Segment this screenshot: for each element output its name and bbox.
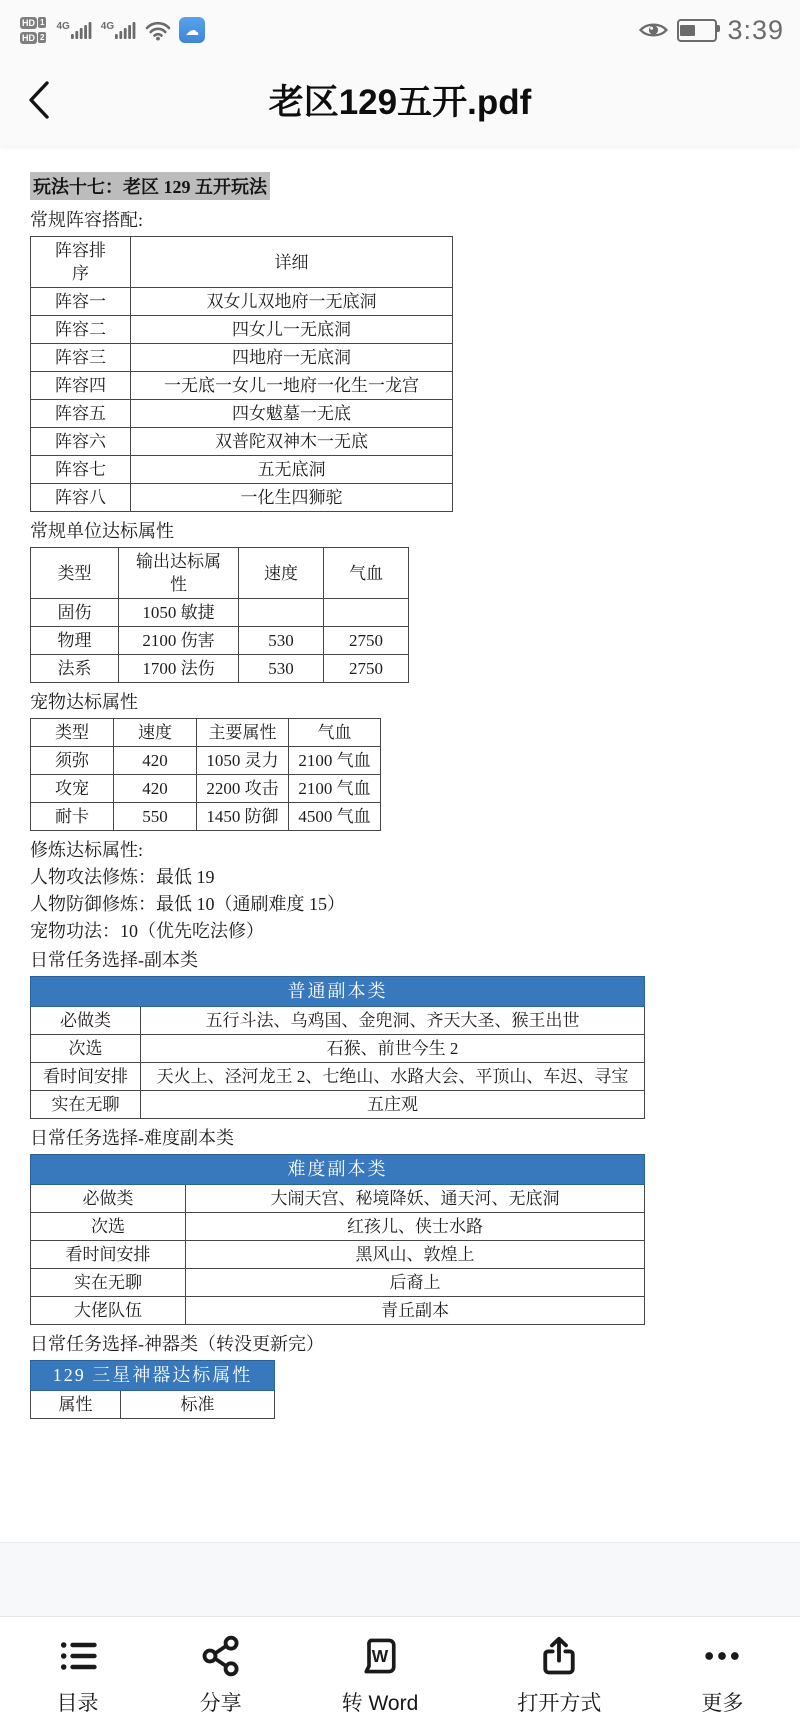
cultivation-lines: 修炼达标属性:人物攻法修炼：最低 19人物防御修炼：最低 10（通刷难度 15）…: [30, 837, 780, 945]
cultivation-line: 修炼达标属性:: [30, 837, 780, 864]
section-label-unit-stats: 常规单位达标属性: [30, 518, 780, 544]
bottom-gap-strip: [0, 1543, 800, 1616]
header-cell: 主要属性: [197, 719, 289, 747]
pet-stats-table: 类型 速度 主要属性 气血 须弥 420 1050 灵力 2100 气血: [30, 718, 381, 831]
row-value-cell: 4500 气血: [289, 803, 381, 831]
row-value-cell: 1050 敏捷: [119, 599, 239, 627]
row-label-cell: 大佬队伍: [31, 1297, 186, 1325]
row-value-cell: 天火上、泾河龙王 2、七绝山、水路大会、平顶山、车迟、寻宝: [141, 1063, 645, 1091]
table-row: 看时间安排 黑风山、敦煌上: [31, 1241, 645, 1269]
toolbar-label: 更多: [701, 1687, 743, 1717]
table-row: 实在无聊 后裔上: [31, 1269, 645, 1297]
header-cell: 类型: [31, 719, 114, 747]
row-value-cell: 黑风山、敦煌上: [186, 1241, 645, 1269]
table-row: 阵容二 四女儿一无底洞: [31, 316, 453, 344]
back-button[interactable]: [0, 54, 78, 146]
open-with-icon: [537, 1634, 581, 1678]
table-row: 看时间安排 天火上、泾河龙王 2、七绝山、水路大会、平顶山、车迟、寻宝: [31, 1063, 645, 1091]
row-value-cell: 1450 防御: [197, 803, 289, 831]
row-label-cell: 阵容二: [31, 316, 131, 344]
signal-bars-icon: [115, 21, 137, 39]
row-value-cell: 石猴、前世今生 2: [141, 1035, 645, 1063]
toolbar-item-share[interactable]: 分享: [193, 1633, 249, 1718]
table-header-row: 类型 输出达标属性 速度 气血: [31, 548, 409, 599]
row-value-cell: 550: [114, 803, 197, 831]
artifact-table: 129 三星神器达标属性 属性 标准: [30, 1360, 275, 1419]
eye-protection-icon: [638, 20, 669, 40]
table-row: 次选 红孩儿、侠士水路: [31, 1213, 645, 1241]
table-header-row: 类型 速度 主要属性 气血: [31, 719, 381, 747]
header-cell: 类型: [31, 548, 119, 599]
word-doc-icon: W: [358, 1634, 402, 1678]
row-label-cell: 阵容五: [31, 400, 131, 428]
row-value-cell: [239, 599, 324, 627]
row-label-cell: 物理: [31, 627, 119, 655]
row-value-cell: 五无底洞: [131, 456, 453, 484]
row-label-cell: 阵容七: [31, 456, 131, 484]
status-right-icons: 3:39: [638, 15, 784, 46]
app-header: 老区129五开.pdf: [0, 54, 800, 146]
row-label-cell: 攻宠: [31, 775, 114, 803]
hd1-badge: HD1: [20, 17, 46, 29]
lineup-table: 阵容排序 详细 阵容一 双女儿双地府一无底洞 阵容二 四女儿一无底洞: [30, 236, 453, 512]
table-row: 耐卡 550 1450 防御 4500 气血: [31, 803, 381, 831]
row-label-cell: 必做类: [31, 1185, 186, 1213]
cultivation-line: 人物防御修炼：最低 10（通刷难度 15）: [30, 891, 780, 918]
phone-screen: HD1 HD2 4G 4G: [0, 0, 800, 1733]
row-value-cell: 青丘副本: [186, 1297, 645, 1325]
table-row: 阵容四 一无底一女儿一地府一化生一龙宫: [31, 372, 453, 400]
hd2-badge: HD2: [20, 32, 46, 44]
wifi-icon: [145, 20, 171, 41]
row-value-cell: 2750: [324, 627, 409, 655]
row-label-cell: 固伤: [31, 599, 119, 627]
table-row: 固伤 1050 敏捷: [31, 599, 409, 627]
row-label-cell: 看时间安排: [31, 1063, 141, 1091]
table-row: 实在无聊 五庄观: [31, 1091, 645, 1119]
table-header-row: 属性 标准: [31, 1391, 275, 1419]
chevron-left-icon: [26, 79, 52, 121]
hd-volte-icons: HD1 HD2: [20, 17, 46, 44]
header-cell: 详细: [131, 237, 453, 288]
row-value-cell: 530: [239, 655, 324, 683]
table-row: 阵容八 一化生四狮驼: [31, 484, 453, 512]
row-value-cell: 2750: [324, 655, 409, 683]
row-value-cell: 420: [114, 775, 197, 803]
row-label-cell: 阵容四: [31, 372, 131, 400]
toolbar-item-toc[interactable]: 目录: [50, 1633, 106, 1718]
row-label-cell: 阵容一: [31, 288, 131, 316]
status-left-icons: HD1 HD2 4G 4G: [20, 17, 205, 44]
table-row: 阵容六 双普陀双神木一无底: [31, 428, 453, 456]
row-value-cell: 四女魃墓一无底: [131, 400, 453, 428]
row-value-cell: 1700 法伤: [119, 655, 239, 683]
row-value-cell: 大闹天宫、秘境降妖、通天河、无底洞: [186, 1185, 645, 1213]
header-cell: 气血: [289, 719, 381, 747]
row-value-cell: 五行斗法、乌鸡国、金兜洞、齐天大圣、猴王出世: [141, 1007, 645, 1035]
table-row: 阵容七 五无底洞: [31, 456, 453, 484]
toolbar-label: 转 Word: [342, 1687, 419, 1717]
row-label-cell: 须弥: [31, 747, 114, 775]
row-label-cell: 次选: [31, 1035, 141, 1063]
table-row: 阵容五 四女魃墓一无底: [31, 400, 453, 428]
table-title-cell: 普通副本类: [31, 977, 645, 1007]
table-row: 必做类 大闹天宫、秘境降妖、通天河、无底洞: [31, 1185, 645, 1213]
header-cell: 速度: [114, 719, 197, 747]
toolbar-item-to-word[interactable]: W 转 Word: [336, 1633, 425, 1718]
row-value-cell: 2100 伤害: [119, 627, 239, 655]
row-value-cell: 420: [114, 747, 197, 775]
clock-time: 3:39: [727, 15, 784, 46]
row-value-cell: 四地府一无底洞: [131, 344, 453, 372]
section-label-lineup: 常规阵容搭配:: [30, 207, 780, 233]
row-value-cell: 2200 攻击: [197, 775, 289, 803]
section-label-daily-artifact: 日常任务选择-神器类（转没更新完）: [30, 1331, 780, 1357]
row-label-cell: 实在无聊: [31, 1091, 141, 1119]
row-value-cell: 一化生四狮驼: [131, 484, 453, 512]
status-bar: HD1 HD2 4G 4G: [0, 0, 800, 54]
table-row: 须弥 420 1050 灵力 2100 气血: [31, 747, 381, 775]
section-label-pet-stats: 宠物达标属性: [30, 689, 780, 715]
doc-heading-highlight: 玩法十七：老区 129 五开玩法: [30, 172, 270, 200]
row-value-cell: 五庄观: [141, 1091, 645, 1119]
row-label-cell: 实在无聊: [31, 1269, 186, 1297]
table-title-row: 难度副本类: [31, 1155, 645, 1185]
table-row: 法系 1700 法伤 530 2750: [31, 655, 409, 683]
table-row: 大佬队伍 青丘副本: [31, 1297, 645, 1325]
table-row: 必做类 五行斗法、乌鸡国、金兜洞、齐天大圣、猴王出世: [31, 1007, 645, 1035]
toolbar-label: 分享: [200, 1687, 242, 1717]
row-label-cell: 阵容八: [31, 484, 131, 512]
header-cell: 输出达标属性: [119, 548, 239, 599]
table-row: 阵容三 四地府一无底洞: [31, 344, 453, 372]
row-value-cell: 530: [239, 627, 324, 655]
table-title-row: 普通副本类: [31, 977, 645, 1007]
toolbar-label: 打开方式: [517, 1687, 601, 1717]
row-value-cell: 后裔上: [186, 1269, 645, 1297]
table-row: 次选 石猴、前世今生 2: [31, 1035, 645, 1063]
cultivation-line: 人物攻法修炼：最低 19: [30, 864, 780, 891]
section-label-daily-normal: 日常任务选择-副本类: [30, 947, 780, 973]
row-label-cell: 阵容六: [31, 428, 131, 456]
toolbar-item-open-with[interactable]: 打开方式: [511, 1633, 607, 1718]
sim1-signal: 4G: [56, 21, 92, 39]
row-label-cell: 必做类: [31, 1007, 141, 1035]
weather-app-icon: ☁: [179, 17, 205, 43]
row-value-cell: 双普陀双神木一无底: [131, 428, 453, 456]
pdf-document[interactable]: 玩法十七：老区 129 五开玩法 常规阵容搭配: 阵容排序 详细 阵容一 双女儿…: [0, 146, 800, 1543]
row-label-cell: 阵容三: [31, 344, 131, 372]
table-row: 阵容一 双女儿双地府一无底洞: [31, 288, 453, 316]
header-cell: 速度: [239, 548, 324, 599]
table-title-cell: 难度副本类: [31, 1155, 645, 1185]
toolbar-item-more[interactable]: 更多: [694, 1633, 750, 1718]
table-title-cell: 129 三星神器达标属性: [31, 1361, 275, 1391]
section-label-daily-hard: 日常任务选择-难度副本类: [30, 1125, 780, 1151]
more-dots-icon: [700, 1634, 744, 1678]
bottom-toolbar: 目录 分享 W 转 Word 打开方: [0, 1616, 800, 1733]
header-cell: 气血: [324, 548, 409, 599]
row-label-cell: 看时间安排: [31, 1241, 186, 1269]
row-label-cell: 法系: [31, 655, 119, 683]
toc-list-icon: [56, 1634, 100, 1678]
toolbar-label: 目录: [57, 1687, 99, 1717]
header-cell: 阵容排序: [31, 237, 131, 288]
row-value-cell: [324, 599, 409, 627]
row-value-cell: 一无底一女儿一地府一化生一龙宫: [131, 372, 453, 400]
row-value-cell: 四女儿一无底洞: [131, 316, 453, 344]
table-title-row: 129 三星神器达标属性: [31, 1361, 275, 1391]
table-header-row: 阵容排序 详细: [31, 237, 453, 288]
battery-icon: [677, 19, 717, 42]
row-value-cell: 2100 气血: [289, 775, 381, 803]
row-value-cell: 1050 灵力: [197, 747, 289, 775]
sim2-signal: 4G: [101, 21, 137, 39]
row-label-cell: 耐卡: [31, 803, 114, 831]
hard-dungeon-table: 难度副本类 必做类 大闹天宫、秘境降妖、通天河、无底洞 次选 红孩儿、侠士水路: [30, 1154, 645, 1325]
cultivation-line: 宠物功法：10（优先吃法修）: [30, 918, 780, 945]
page-title: 老区129五开.pdf: [0, 75, 800, 125]
word-letter: W: [372, 1646, 389, 1666]
signal-bars-icon: [71, 21, 93, 39]
unit-stats-table: 类型 输出达标属性 速度 气血 固伤 1050 敏捷: [30, 547, 409, 683]
row-value-cell: 双女儿双地府一无底洞: [131, 288, 453, 316]
header-cell: 标准: [121, 1391, 275, 1419]
header-cell: 属性: [31, 1391, 121, 1419]
row-label-cell: 次选: [31, 1213, 186, 1241]
row-value-cell: 红孩儿、侠士水路: [186, 1213, 645, 1241]
table-row: 攻宠 420 2200 攻击 2100 气血: [31, 775, 381, 803]
share-nodes-icon: [199, 1634, 243, 1678]
normal-dungeon-table: 普通副本类 必做类 五行斗法、乌鸡国、金兜洞、齐天大圣、猴王出世 次选 石猴、前…: [30, 976, 645, 1119]
row-value-cell: 2100 气血: [289, 747, 381, 775]
table-row: 物理 2100 伤害 530 2750: [31, 627, 409, 655]
